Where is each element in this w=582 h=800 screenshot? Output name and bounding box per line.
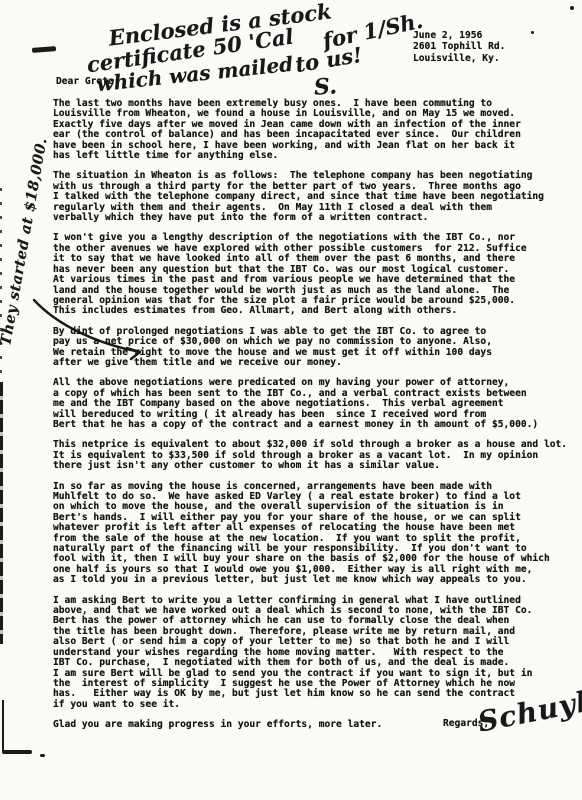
scan-artifact-bottom-left-dot xyxy=(40,754,45,757)
letter-paragraph-1: The last two months have been extremely … xyxy=(53,99,567,161)
scan-artifact-top-right-dot xyxy=(570,6,574,10)
handwritten-note-right2: to us! xyxy=(293,42,363,77)
letter-paragraph-8: I am asking Bert to write you a letter c… xyxy=(53,596,567,710)
address-line-street: 2601 Tophill Rd. xyxy=(413,41,505,52)
letter-paragraph-6: This netprice is equivalent to about $32… xyxy=(53,440,567,471)
scan-artifact-small-dot xyxy=(531,31,534,34)
scan-artifact-top-left-dash xyxy=(32,46,56,53)
scan-artifact-left-edge-strip xyxy=(0,382,3,644)
scan-artifact-bottom-left-vertical xyxy=(2,700,4,752)
date-address-block: June 2, 1956 2601 Tophill Rd. Louisville… xyxy=(413,30,505,64)
address-line-city: Louisville, Ky. xyxy=(413,53,505,64)
letter-body: The last two months have been extremely … xyxy=(53,99,567,731)
letter-paragraph-3: I won't give you a lengthy description o… xyxy=(53,233,567,316)
scan-artifact-left-edge-ticks xyxy=(0,188,2,384)
scan-artifact-bottom-left-dash xyxy=(2,750,32,754)
salutation: Dear Grete: xyxy=(56,77,120,87)
letter-scan-page: Enclosed is a stock for 1/Sh. certificat… xyxy=(0,0,582,800)
handwritten-note-initial: S. xyxy=(313,73,338,101)
date-line: June 2, 1956 xyxy=(413,30,505,41)
letter-paragraph-2: The situation in Wheaton is as follows: … xyxy=(53,171,567,223)
letter-paragraph-5: All the above negotiations were predicat… xyxy=(53,378,567,430)
letter-paragraph-7: In so far as moving the house is concern… xyxy=(53,482,567,586)
letter-paragraph-4: By dint of prolonged negotiations I was … xyxy=(53,327,567,369)
